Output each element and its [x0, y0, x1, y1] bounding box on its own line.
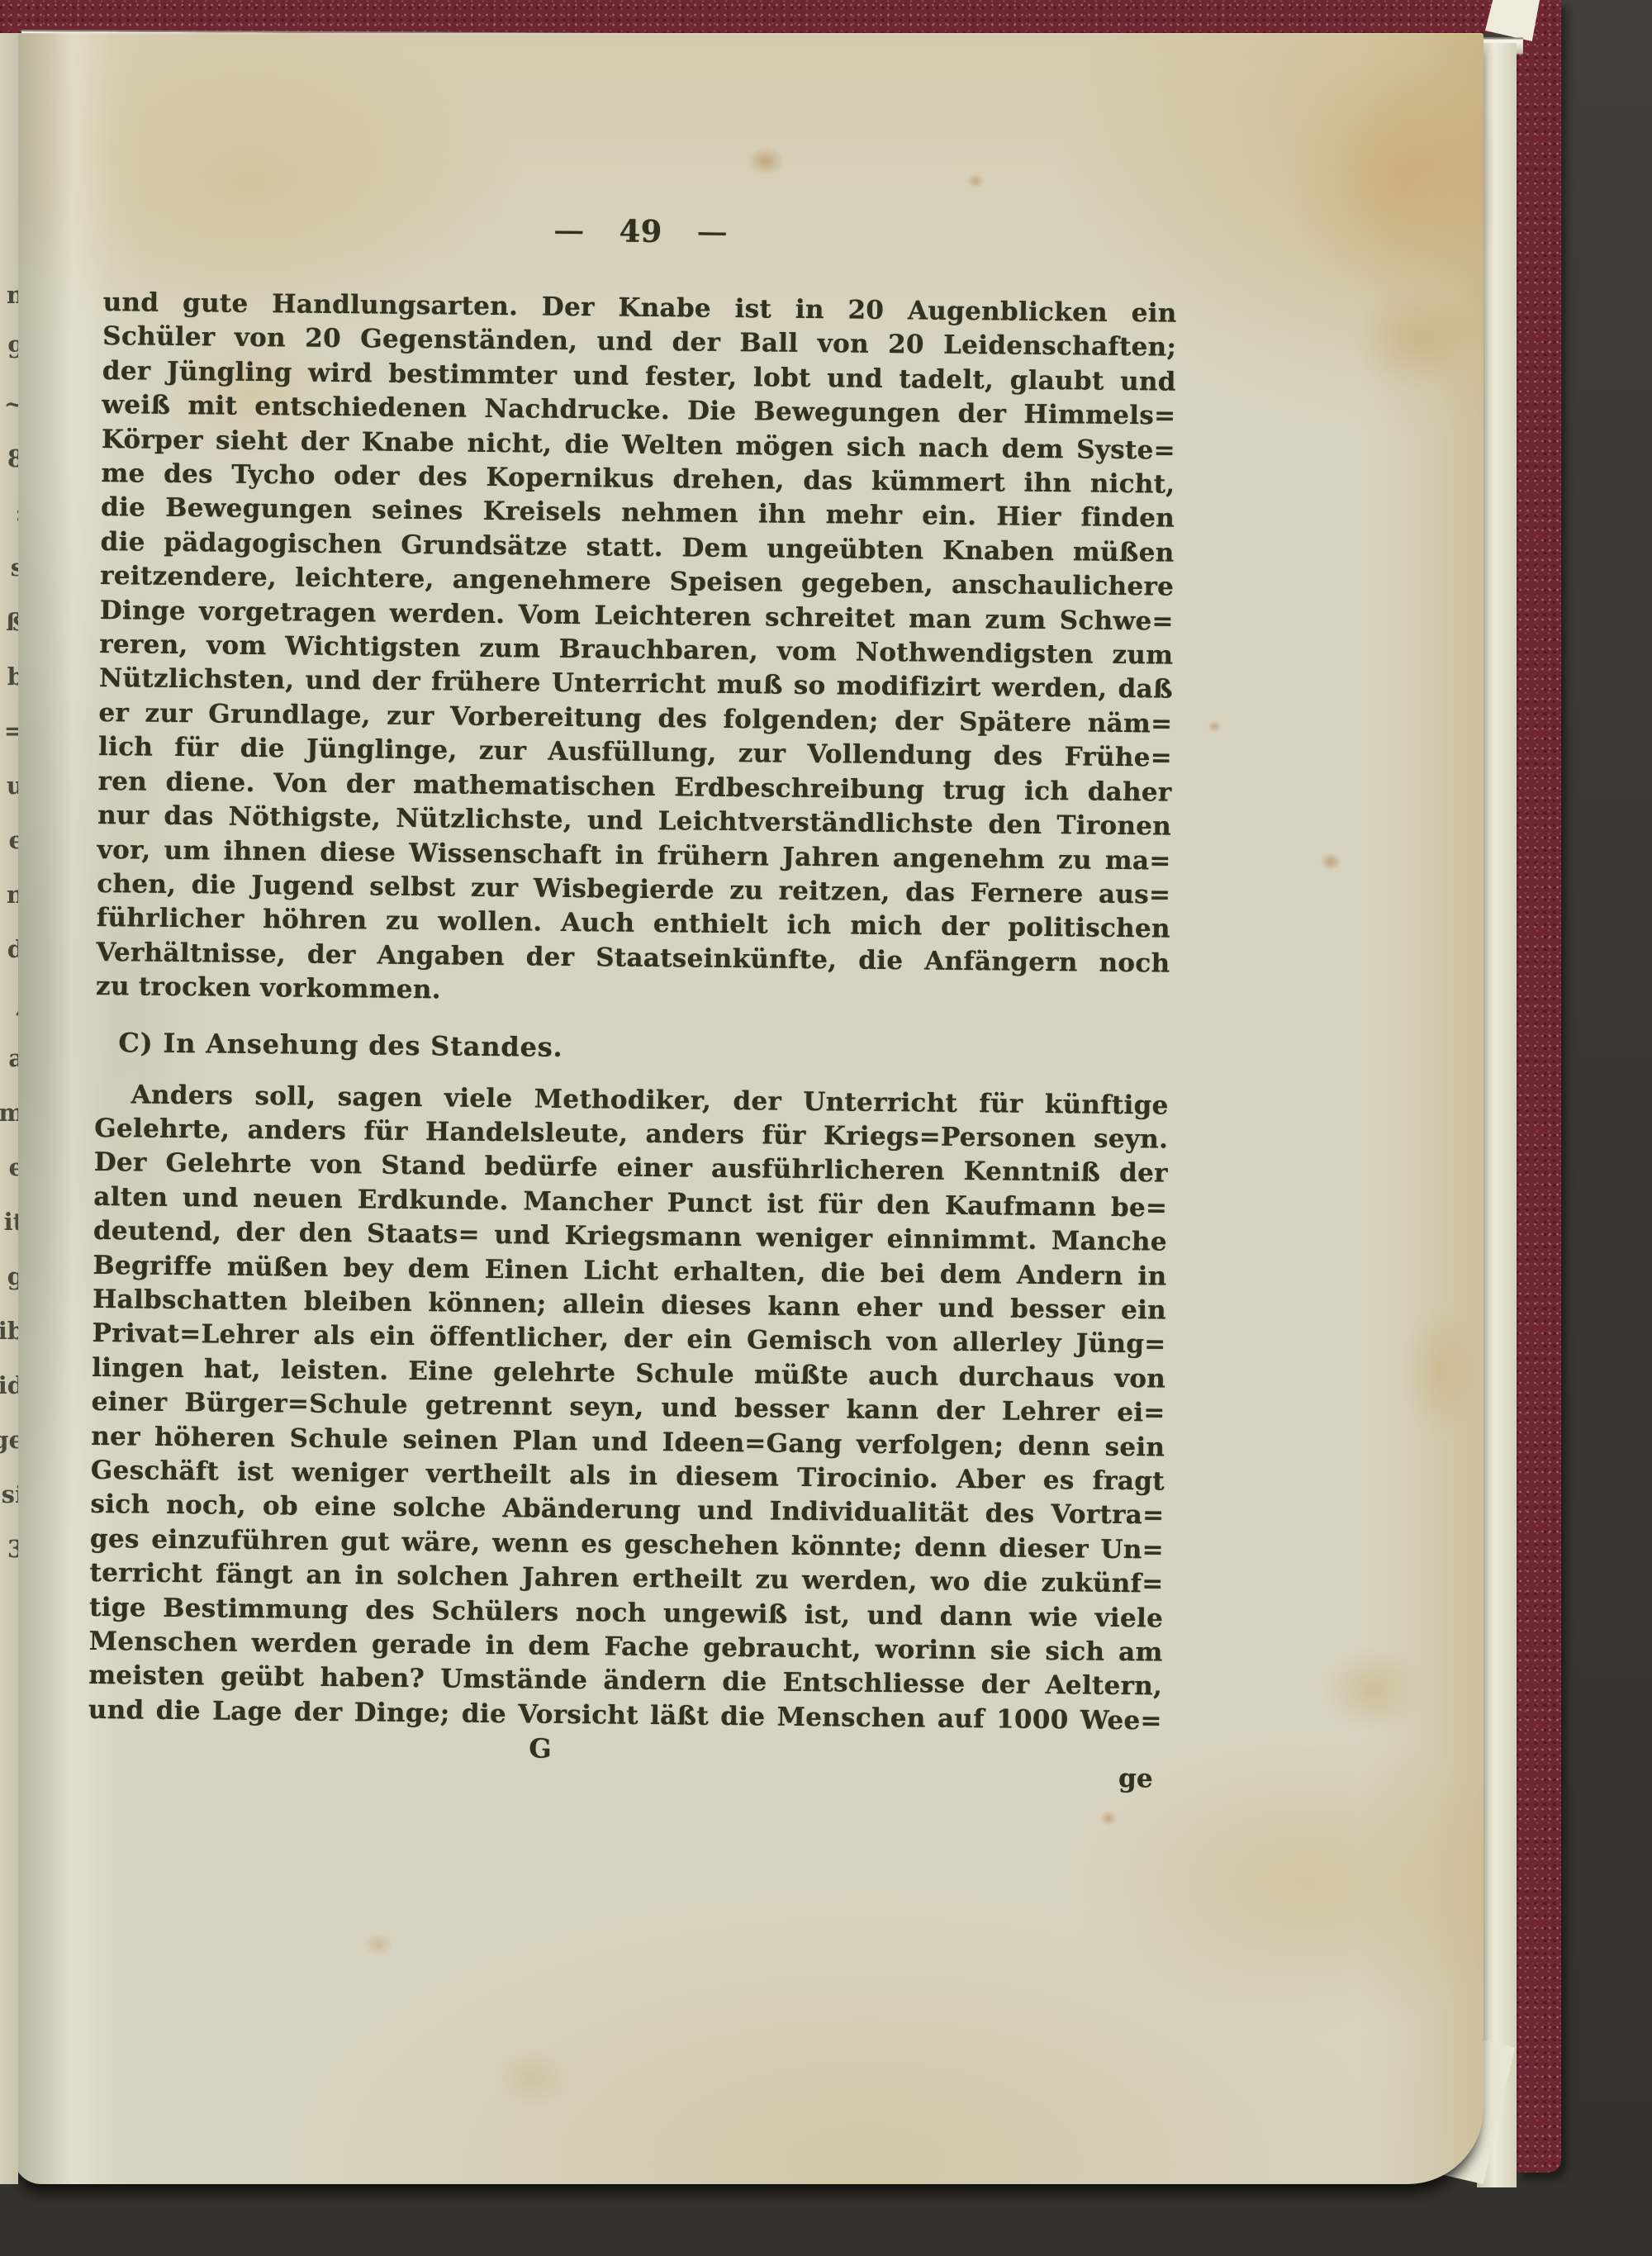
facing-page-text-fragment: si: [2, 1480, 18, 1508]
header-dash-right: —: [697, 218, 729, 245]
book-cover-top-edge: [0, 0, 1555, 33]
facing-page-text-fragment: b: [7, 663, 18, 691]
book-cover-right-board: [1517, 0, 1561, 2173]
facing-page-text-fragment: ib: [0, 1317, 18, 1345]
facing-page-text-fragment: d: [7, 935, 18, 963]
section-heading: C) In Ansehung des Standes.: [95, 1025, 1169, 1071]
page-number: 49: [619, 213, 662, 250]
facing-page-text-fragment: e: [9, 1153, 18, 1181]
facing-page-text-fragment: ge: [0, 1426, 18, 1454]
protruding-page-corner: [1485, 0, 1540, 41]
facing-page-gutter-sliver: n9~8:sßb=uend,ameitgibidgesi3: [0, 33, 18, 2184]
facing-page-text-fragment: g: [7, 1262, 18, 1290]
facing-page-text-fragment: e: [9, 826, 18, 854]
facing-page-text-fragment: id: [0, 1371, 18, 1399]
body-text: und gute Handlungsarten. Der Knabe ist i…: [88, 286, 1177, 1739]
facing-page-text-fragment: 9: [7, 335, 18, 363]
facing-page-text-fragment: ~: [4, 390, 18, 418]
page-text-block: — 49 — und gute Handlungsarten. Der Knab…: [88, 200, 1178, 1797]
facing-page-text-fragment: n: [7, 881, 18, 909]
facing-page-text-fragment: m: [0, 1099, 18, 1127]
page-number-header: — 49 —: [103, 200, 1178, 263]
facing-page-text-fragment: :: [15, 499, 18, 527]
facing-page-text-fragment: =: [4, 717, 18, 745]
header-dash-left: —: [553, 216, 585, 244]
facing-page-text-fragment: u: [7, 772, 18, 800]
facing-page-text-fragment: 8: [7, 444, 18, 473]
facing-page-text-fragment: s: [11, 553, 18, 582]
facing-page-text-fragment: ß: [6, 608, 18, 636]
facing-page-text-fragment: n: [7, 281, 18, 309]
facing-page-text-fragment: it: [4, 1208, 18, 1236]
facing-page-text-fragment: a: [8, 1044, 18, 1072]
facing-page-text-fragment: 3: [7, 1535, 18, 1563]
book-scan-photo: { "page_number_line": { "left_dash": "—"…: [0, 0, 1652, 2256]
facing-page-text-fragment: ,: [16, 990, 18, 1018]
